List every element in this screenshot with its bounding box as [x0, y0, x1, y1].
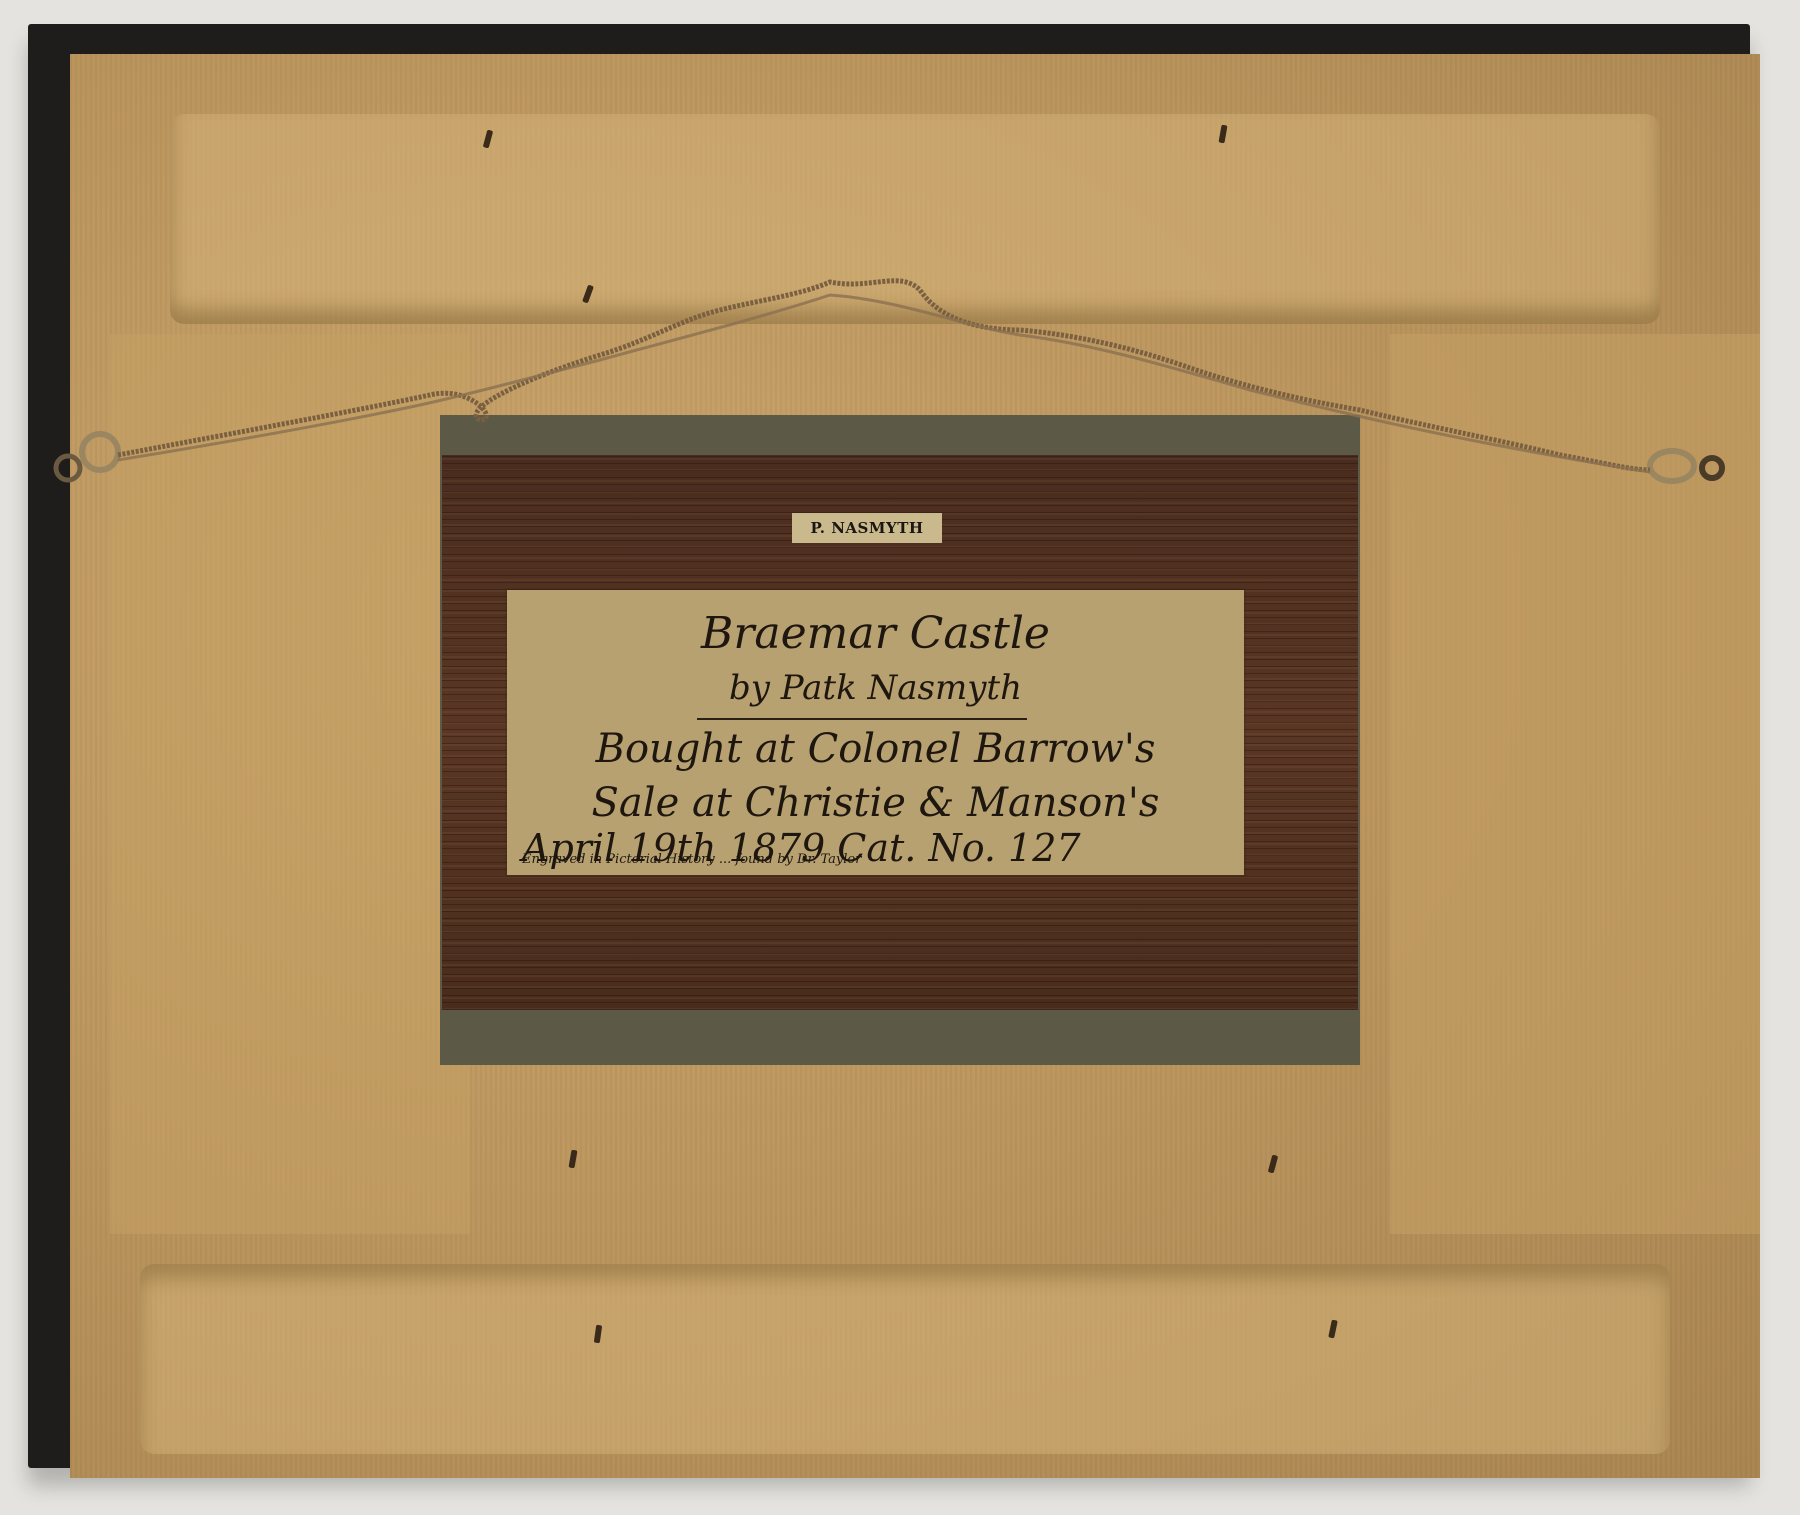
provenance-label: Braemar Castle by Patk Nasmyth Bought at…	[507, 590, 1244, 875]
label-line-bought: Bought at Colonel Barrow's	[507, 726, 1244, 772]
label-title: Braemar Castle	[507, 608, 1244, 659]
label-artist: by Patk Nasmyth	[507, 668, 1244, 708]
bottom-paper-tape	[140, 1264, 1670, 1454]
label-underline	[697, 718, 1027, 720]
artist-name-tag: P. NASMYTH	[792, 513, 942, 543]
left-paper-tape	[110, 334, 470, 1234]
right-paper-tape	[1390, 334, 1760, 1234]
top-paper-tape	[170, 114, 1660, 324]
label-footnote: Engraved in Pictorial History ... found …	[507, 852, 1259, 867]
label-line-sale: Sale at Christie & Manson's	[507, 780, 1244, 826]
